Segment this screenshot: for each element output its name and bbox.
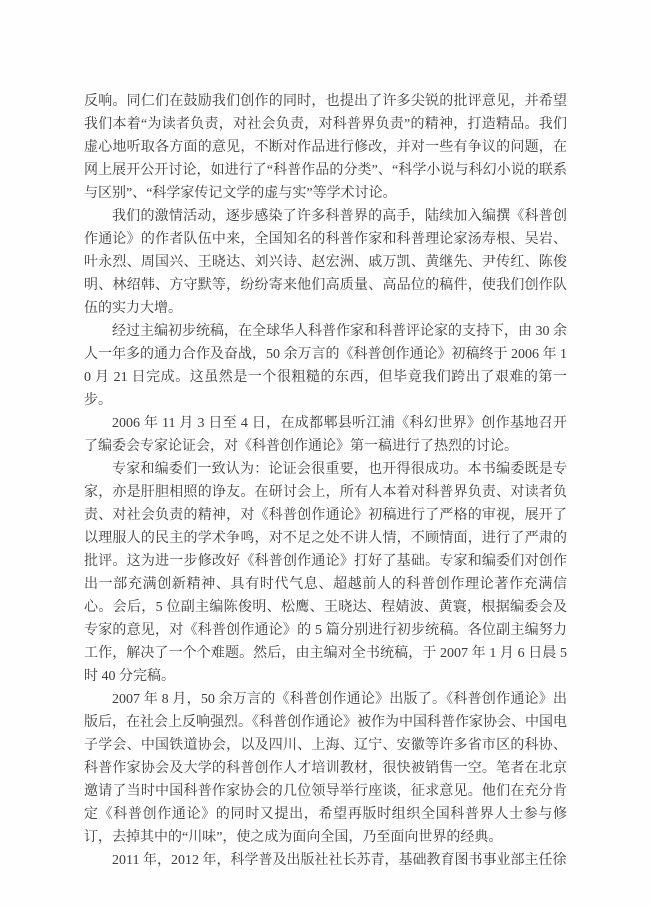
paragraph: 专家和编委们一致认为：论证会很重要，也开得很成功。本书编委既是专家，亦是肝胆相照… <box>84 458 567 688</box>
paragraph: 2007 年 8 月，50 余万言的《科普创作通论》出版了。《科普创作通论》出版… <box>84 688 567 849</box>
paragraph-continuation: 反响。同仁们在鼓励我们创作的同时，也提出了许多尖锐的批评意见，并希望我们本着“为… <box>84 90 567 205</box>
body-text: 反响。同仁们在鼓励我们创作的同时，也提出了许多尖锐的批评意见，并希望我们本着“为… <box>84 90 567 872</box>
paragraph: 经过主编初步统稿，在全球华人科普作家和科普评论家的支持下，由 30 余人一年多的… <box>84 320 567 412</box>
document-page: 反响。同仁们在鼓励我们创作的同时，也提出了许多尖锐的批评意见，并希望我们本着“为… <box>0 0 650 908</box>
paragraph: 2006 年 11 月 3 日至 4 日，在成都郫县听江浦《科幻世界》创作基地召… <box>84 412 567 458</box>
paragraph-last-truncated: 2011 年，2012 年，科学普及出版社社长苏青，基础教育图书事业部主任徐 <box>84 849 567 872</box>
paragraph: 我们的激情活动，逐步感染了许多科普界的高手，陆续加入编撰《科普创作通论》的作者队… <box>84 205 567 320</box>
